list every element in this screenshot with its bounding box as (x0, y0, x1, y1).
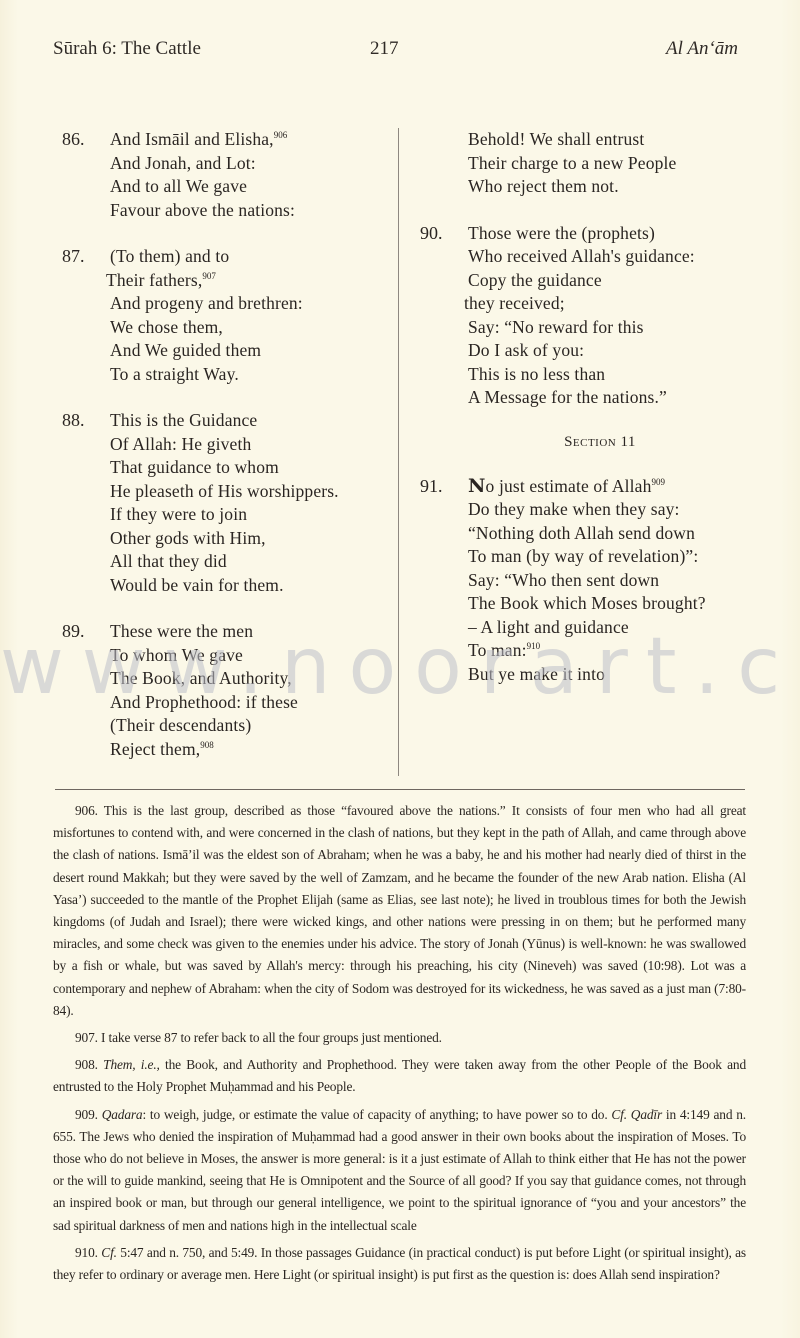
verse-line: If they were to join (110, 503, 392, 527)
verse-line: Favour above the nations: (110, 199, 392, 223)
footnote-908: 908. Them, i.e., the Book, and Authority… (53, 1054, 746, 1098)
verse-line: This is the Guidance (110, 409, 392, 433)
verse-line: (Their descendants) (110, 714, 392, 738)
verse-line: But ye make it into (468, 663, 790, 687)
verse-line: Other gods with Him, (110, 527, 392, 551)
verse-line: Say: “Who then sent down (468, 569, 790, 593)
footnote-italic-lead: Cf. (101, 1245, 117, 1260)
verse-line: All that they did (110, 550, 392, 574)
verse-line: And Jonah, and Lot: (110, 152, 392, 176)
footnotes: 906. This is the last group, described a… (53, 800, 746, 1291)
verse-line: – A light and guidance (468, 616, 790, 640)
footnote-ref[interactable]: 906 (274, 130, 288, 140)
footnote-number: 910. (75, 1245, 98, 1260)
verse-line: That guidance to whom (110, 456, 392, 480)
verse-number: 88. (62, 409, 108, 433)
verse-line: Who reject them not. (468, 175, 790, 199)
verse-number: 86. (62, 128, 108, 152)
footnote-906: 906. This is the last group, described a… (53, 800, 746, 1022)
verse-line: Of Allah: He giveth (110, 433, 392, 457)
verse-line: To man: (468, 640, 527, 660)
verse-line: This is no less than (468, 363, 790, 387)
verse-line: To man (by way of revelation)”: (468, 545, 790, 569)
footnote-ref[interactable]: 910 (527, 641, 541, 651)
footnote-text: in 4:149 and n. 655. The Jews who denied… (53, 1107, 746, 1233)
verse-line: Say: “No reward for this (468, 316, 790, 340)
footnote-italic-lead: Qadara (102, 1107, 143, 1122)
verse-line: Who received Allah's guidance: (468, 245, 790, 269)
verse-89: 89. These were the men To whom We gave T… (62, 620, 392, 761)
verse-87: 87. (To them) and to Their fathers,907 A… (62, 245, 392, 386)
ornamental-initial: N (468, 475, 486, 497)
footnote-907: 907. I take verse 87 to refer back to al… (53, 1027, 746, 1049)
verse-line: The Book which Moses brought? (468, 592, 790, 616)
verse-line: To a straight Way. (110, 363, 392, 387)
right-column: Behold! We shall entrust Their charge to… (420, 128, 790, 709)
verse-line: Do I ask of you: (468, 339, 790, 363)
footnote-909: 909. Qadara: to weigh, judge, or estimat… (53, 1104, 746, 1237)
verse-line: A Message for the nations.” (468, 386, 790, 410)
verse-line: And to all We gave (110, 175, 392, 199)
surah-arabic-name: Al An‘ām (666, 38, 738, 60)
verse-number: 91. (420, 475, 466, 499)
running-head: Sūrah 6: The Cattle 217 Al An‘ām (0, 38, 800, 68)
verse-number: 89. (62, 620, 108, 644)
verse-number: 87. (62, 245, 108, 269)
verse-line: Would be vain for them. (110, 574, 392, 598)
verse-line: Their charge to a new People (468, 152, 790, 176)
section-heading: Section 11 (450, 434, 750, 451)
book-page: Sūrah 6: The Cattle 217 Al An‘ām 86. And… (0, 0, 800, 1338)
verse-line: And Prophethood: if these (110, 691, 392, 715)
footnote-separator (55, 789, 745, 790)
footnote-number: 906. (75, 803, 98, 818)
column-divider (398, 128, 399, 776)
verse-line: they received; (464, 292, 790, 316)
verse-line: “Nothing doth Allah send down (468, 522, 790, 546)
footnote-ref[interactable]: 909 (651, 477, 665, 487)
surah-title: Sūrah 6: The Cattle (53, 38, 201, 60)
verse-line: And Ismāil and Elisha, (110, 129, 274, 149)
footnote-number: 909. (75, 1107, 98, 1122)
verse-line: (To them) and to (110, 245, 392, 269)
verse-line: These were the men (110, 620, 392, 644)
footnote-italic-cf: Cf. Qadīr (611, 1107, 662, 1122)
verse-line: Do they make when they say: (468, 498, 790, 522)
footnote-ref[interactable]: 908 (200, 740, 214, 750)
footnote-text: 5:47 and n. 750, and 5:49. In those pass… (53, 1245, 746, 1282)
footnote-number: 907. (75, 1030, 98, 1045)
verse-89-continuation: Behold! We shall entrust Their charge to… (420, 128, 790, 199)
verse-line: Copy the guidance (468, 269, 790, 293)
verse-91: 91. No just estimate of Allah909 Do they… (420, 475, 790, 687)
verse-line: He pleaseth of His worshippers. (110, 480, 392, 504)
verse-line: And progeny and brethren: (110, 292, 392, 316)
verse-line: o just estimate of Allah (486, 476, 652, 496)
page-number: 217 (370, 38, 399, 60)
verse-line: And We guided them (110, 339, 392, 363)
verse-line: Those were the (prophets) (468, 222, 790, 246)
verse-line: To whom We gave (110, 644, 392, 668)
verse-88: 88. This is the Guidance Of Allah: He gi… (62, 409, 392, 597)
footnote-text: I take verse 87 to refer back to all the… (101, 1030, 442, 1045)
verse-line: Behold! We shall entrust (468, 128, 790, 152)
verse-line: Their fathers, (106, 270, 202, 290)
footnote-text: : to weigh, judge, or estimate the value… (142, 1107, 611, 1122)
footnote-italic-lead: Them, i.e., (103, 1057, 160, 1072)
verse-line: We chose them, (110, 316, 392, 340)
verse-number: 90. (420, 222, 466, 246)
footnote-ref[interactable]: 907 (202, 271, 216, 281)
verse-line: Reject them, (110, 739, 200, 759)
left-column: 86. And Ismāil and Elisha,906 And Jonah,… (62, 128, 392, 784)
footnote-text: This is the last group, described as tho… (53, 803, 746, 1018)
footnote-910: 910. Cf. 5:47 and n. 750, and 5:49. In t… (53, 1242, 746, 1286)
verse-86: 86. And Ismāil and Elisha,906 And Jonah,… (62, 128, 392, 222)
footnote-number: 908. (75, 1057, 98, 1072)
verse-90: 90. Those were the (prophets) Who receiv… (420, 222, 790, 410)
verse-line: The Book, and Authority, (110, 667, 392, 691)
